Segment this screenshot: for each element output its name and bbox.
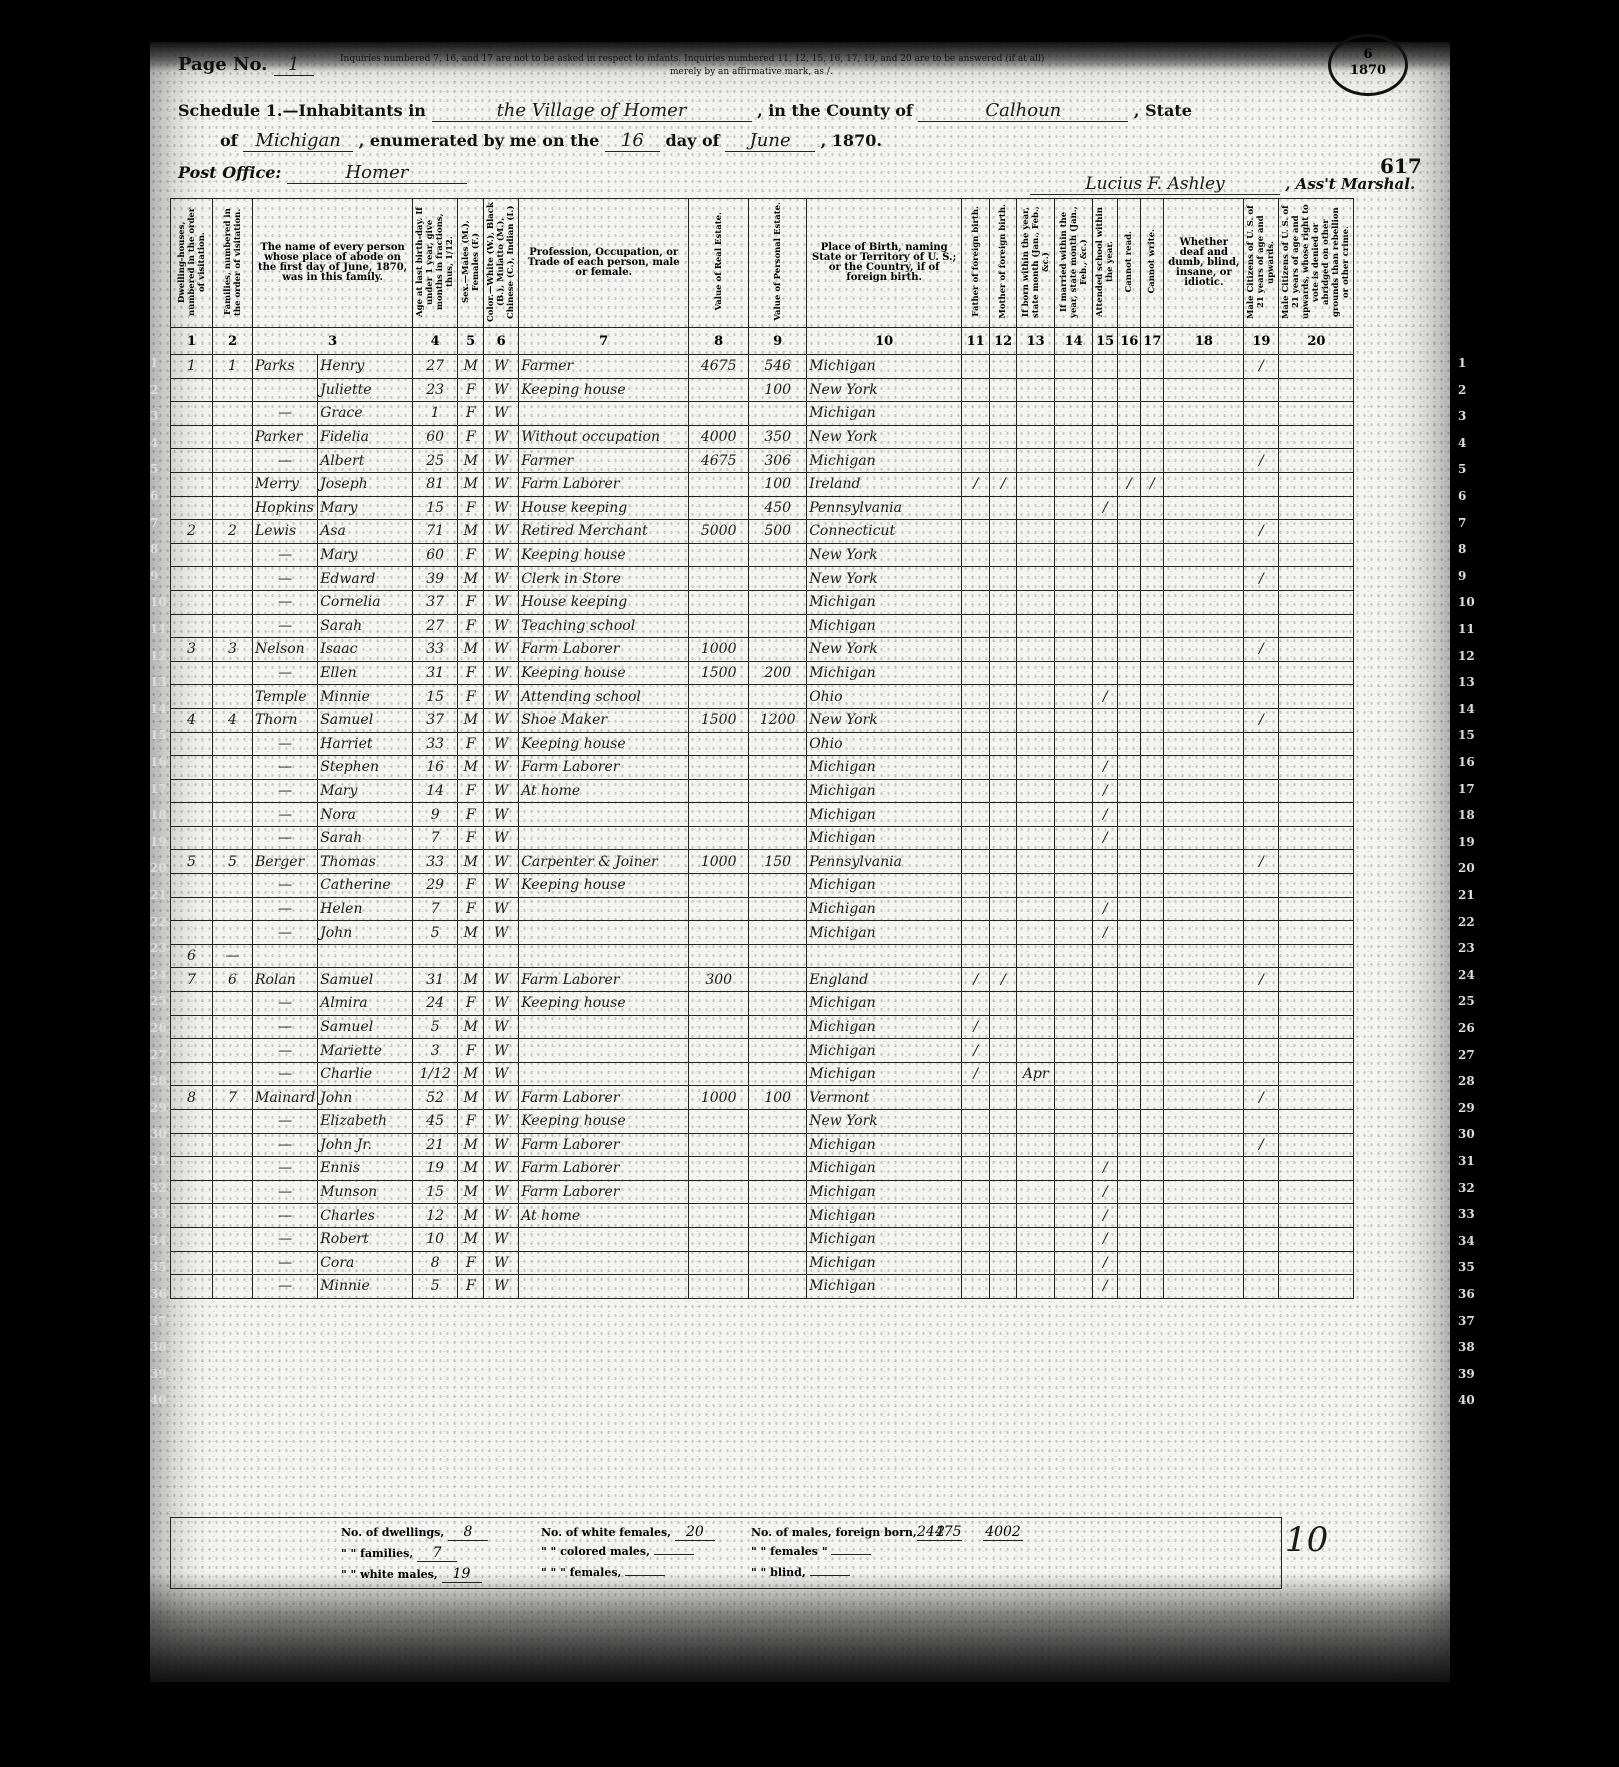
cell-surname: — xyxy=(253,1015,318,1039)
cell-c14 xyxy=(1055,1015,1093,1039)
cell-c13 xyxy=(1017,685,1055,709)
cell-c15: / xyxy=(1093,921,1118,945)
cell-surname: — xyxy=(253,1180,318,1204)
cell-c19: / xyxy=(1244,968,1279,992)
cell-real-estate xyxy=(689,874,749,898)
cell-c14 xyxy=(1055,520,1093,544)
cell-c14 xyxy=(1055,496,1093,520)
cell-real-estate: 4675 xyxy=(689,449,749,473)
line-number-right: 11 xyxy=(1458,622,1475,636)
cell-c20 xyxy=(1279,921,1354,945)
line-number-left: 26 xyxy=(150,1021,167,1035)
cell-color: W xyxy=(484,1157,519,1181)
cell-color: W xyxy=(484,874,519,898)
line-number-right: 34 xyxy=(1458,1234,1475,1248)
cell-occupation: Farm Laborer xyxy=(519,1086,689,1110)
cell-personal-estate: 546 xyxy=(749,355,807,379)
cell-c17 xyxy=(1141,944,1164,968)
cell-given: Thomas xyxy=(318,850,413,874)
cell-sex: F xyxy=(458,402,484,426)
line-number-left: 25 xyxy=(150,994,167,1008)
cell-c20 xyxy=(1279,402,1354,426)
cell-given: Elizabeth xyxy=(318,1110,413,1134)
col-19-header: Male Citizens of U. S. of 21 years of ag… xyxy=(1244,199,1279,328)
cell-c19 xyxy=(1244,661,1279,685)
cell-c14 xyxy=(1055,1062,1093,1086)
cell-personal-estate: 350 xyxy=(749,425,807,449)
cell-c14 xyxy=(1055,779,1093,803)
cell-c19 xyxy=(1244,826,1279,850)
cell-c11 xyxy=(962,803,990,827)
cell-c12 xyxy=(990,756,1017,780)
cell-birthplace: Michigan xyxy=(807,1204,962,1228)
cell-dwelling xyxy=(171,1062,213,1086)
cell-c11 xyxy=(962,1275,990,1299)
cell-dwelling xyxy=(171,590,213,614)
cell-dwelling xyxy=(171,1204,213,1228)
cell-personal-estate xyxy=(749,1180,807,1204)
cell-color: W xyxy=(484,992,519,1016)
cell-personal-estate xyxy=(749,685,807,709)
line-number-right: 39 xyxy=(1458,1367,1475,1381)
column-number-row: 1 2 3 4 5 6 7 8 9 10 11 12 13 14 15 16 1… xyxy=(171,328,1354,355)
cell-occupation xyxy=(519,1039,689,1063)
cell-age: 37 xyxy=(413,590,458,614)
line-number-left: 15 xyxy=(150,728,167,742)
cell-c18 xyxy=(1164,590,1244,614)
census-row: Juliette23FWKeeping house100New York xyxy=(171,378,1354,402)
line-number-left: 27 xyxy=(150,1048,167,1062)
cell-family xyxy=(213,897,253,921)
cell-given: Henry xyxy=(318,355,413,379)
col-14-header: If married within the year, state month … xyxy=(1055,199,1093,328)
cell-occupation: Keeping house xyxy=(519,543,689,567)
cell-birthplace: Michigan xyxy=(807,1062,962,1086)
cell-personal-estate: 150 xyxy=(749,850,807,874)
cell-c11: / xyxy=(962,968,990,992)
cell-c15: / xyxy=(1093,1227,1118,1251)
cell-given: John xyxy=(318,921,413,945)
cell-real-estate: 1000 xyxy=(689,638,749,662)
col-13-header: If born within the year, state month (Ja… xyxy=(1017,199,1055,328)
cell-c19 xyxy=(1244,378,1279,402)
cell-c14 xyxy=(1055,638,1093,662)
cell-birthplace: New York xyxy=(807,378,962,402)
cell-family: 3 xyxy=(213,638,253,662)
census-row: 76RolanSamuel31MWFarm Laborer300England/… xyxy=(171,968,1354,992)
post-office-field: Homer xyxy=(287,162,467,184)
cell-c12: / xyxy=(990,968,1017,992)
cell-given: Albert xyxy=(318,449,413,473)
cell-dwelling xyxy=(171,1110,213,1134)
cell-c17 xyxy=(1141,992,1164,1016)
cell-c15 xyxy=(1093,968,1118,992)
cell-occupation: House keeping xyxy=(519,590,689,614)
cell-occupation: Farm Laborer xyxy=(519,968,689,992)
cell-given xyxy=(318,944,413,968)
cell-real-estate xyxy=(689,897,749,921)
col-3-header: The name of every person whose place of … xyxy=(253,199,413,328)
cell-c18 xyxy=(1164,1204,1244,1228)
cell-real-estate xyxy=(689,1251,749,1275)
line-number-right: 24 xyxy=(1458,968,1475,982)
cell-occupation: Farm Laborer xyxy=(519,1157,689,1181)
cell-surname: Thorn xyxy=(253,708,318,732)
cell-c17 xyxy=(1141,756,1164,780)
cell-family xyxy=(213,756,253,780)
cell-surname: Mainard xyxy=(253,1086,318,1110)
cell-c14 xyxy=(1055,590,1093,614)
cell-surname: — xyxy=(253,1110,318,1134)
cell-sex: F xyxy=(458,874,484,898)
cell-c18 xyxy=(1164,897,1244,921)
cell-c13 xyxy=(1017,590,1055,614)
cell-c14 xyxy=(1055,992,1093,1016)
cell-c20 xyxy=(1279,1039,1354,1063)
cell-c11 xyxy=(962,590,990,614)
cell-c19: / xyxy=(1244,850,1279,874)
cell-birthplace: Michigan xyxy=(807,614,962,638)
cell-c13 xyxy=(1017,449,1055,473)
line-number-left: 7 xyxy=(150,516,158,530)
line-number-right: 16 xyxy=(1458,755,1475,769)
cell-family: 7 xyxy=(213,1086,253,1110)
cell-age: 15 xyxy=(413,1180,458,1204)
cell-birthplace: Michigan xyxy=(807,1227,962,1251)
cell-personal-estate: 200 xyxy=(749,661,807,685)
cell-c12 xyxy=(990,661,1017,685)
cell-c15 xyxy=(1093,425,1118,449)
cell-family xyxy=(213,496,253,520)
line-number-right: 23 xyxy=(1458,941,1475,955)
line-number-left: 32 xyxy=(150,1181,167,1195)
cell-real-estate: 4675 xyxy=(689,355,749,379)
cell-age: 33 xyxy=(413,732,458,756)
cell-c14 xyxy=(1055,1251,1093,1275)
cell-occupation xyxy=(519,1251,689,1275)
cell-color: W xyxy=(484,685,519,709)
cell-family xyxy=(213,1157,253,1181)
cell-personal-estate xyxy=(749,567,807,591)
census-row: —Charles12MWAt homeMichigan/ xyxy=(171,1204,1354,1228)
cell-dwelling xyxy=(171,803,213,827)
cell-occupation xyxy=(519,897,689,921)
cell-surname: — xyxy=(253,1275,318,1299)
cell-age: 16 xyxy=(413,756,458,780)
cell-surname: — xyxy=(253,874,318,898)
summary-real-estate-total: 24475 xyxy=(917,1524,962,1541)
cell-birthplace: Michigan xyxy=(807,897,962,921)
cell-c13: Apr xyxy=(1017,1062,1055,1086)
cell-color: W xyxy=(484,1275,519,1299)
cell-surname xyxy=(253,944,318,968)
cell-c19: / xyxy=(1244,567,1279,591)
cell-c14 xyxy=(1055,803,1093,827)
page-number: Page No. 1 xyxy=(178,54,314,76)
cell-c18 xyxy=(1164,425,1244,449)
census-row: —Stephen16MWFarm LaborerMichigan/ xyxy=(171,756,1354,780)
cell-c20 xyxy=(1279,968,1354,992)
cell-c11 xyxy=(962,1180,990,1204)
cell-c13 xyxy=(1017,496,1055,520)
cell-c18 xyxy=(1164,921,1244,945)
cell-c12 xyxy=(990,1110,1017,1134)
census-row: —Samuel5MWMichigan/ xyxy=(171,1015,1354,1039)
cell-c18 xyxy=(1164,1015,1244,1039)
cell-c20 xyxy=(1279,1110,1354,1134)
cell-given: Edward xyxy=(318,567,413,591)
cell-real-estate xyxy=(689,1275,749,1299)
cell-dwelling xyxy=(171,1039,213,1063)
cell-color: W xyxy=(484,897,519,921)
cell-occupation: Farm Laborer xyxy=(519,756,689,780)
cell-surname: — xyxy=(253,402,318,426)
cell-real-estate xyxy=(689,732,749,756)
cell-age: 52 xyxy=(413,1086,458,1110)
line-number-right: 29 xyxy=(1458,1101,1475,1115)
line-number-right: 27 xyxy=(1458,1048,1475,1062)
col-15-header: Attended school within the year. xyxy=(1093,199,1118,328)
cell-c19: / xyxy=(1244,1133,1279,1157)
cell-personal-estate xyxy=(749,874,807,898)
cell-sex: F xyxy=(458,685,484,709)
cell-occupation: House keeping xyxy=(519,496,689,520)
cell-c15 xyxy=(1093,874,1118,898)
cell-c16 xyxy=(1118,826,1141,850)
census-row: —Cora8FWMichigan/ xyxy=(171,1251,1354,1275)
cell-sex: F xyxy=(458,826,484,850)
cell-c13 xyxy=(1017,402,1055,426)
cell-age: 71 xyxy=(413,520,458,544)
cell-family xyxy=(213,685,253,709)
line-number-right: 22 xyxy=(1458,915,1475,929)
line-number-left: 37 xyxy=(150,1314,167,1328)
cell-real-estate xyxy=(689,992,749,1016)
cell-family xyxy=(213,614,253,638)
cell-age: 19 xyxy=(413,1157,458,1181)
cell-dwelling xyxy=(171,1133,213,1157)
cell-given: Samuel xyxy=(318,1015,413,1039)
cell-occupation: Keeping house xyxy=(519,661,689,685)
cell-age: 45 xyxy=(413,1110,458,1134)
cell-c18 xyxy=(1164,472,1244,496)
cell-personal-estate xyxy=(749,402,807,426)
cell-c18 xyxy=(1164,638,1244,662)
line-number-right: 13 xyxy=(1458,675,1475,689)
cell-c11: / xyxy=(962,1062,990,1086)
cell-occupation xyxy=(519,921,689,945)
census-row: —Charlie1/12MWMichigan/Apr xyxy=(171,1062,1354,1086)
cell-c12 xyxy=(990,779,1017,803)
cell-c19 xyxy=(1244,897,1279,921)
cell-family xyxy=(213,402,253,426)
cell-age: 27 xyxy=(413,355,458,379)
cell-birthplace: Michigan xyxy=(807,1157,962,1181)
cell-c12 xyxy=(990,732,1017,756)
cell-age: 23 xyxy=(413,378,458,402)
cell-c14 xyxy=(1055,402,1093,426)
cell-c11 xyxy=(962,826,990,850)
col-11-header: Father of foreign birth. xyxy=(962,199,990,328)
cell-surname: — xyxy=(253,826,318,850)
cell-c12 xyxy=(990,520,1017,544)
cell-c13 xyxy=(1017,708,1055,732)
census-row: 33NelsonIsaac33MWFarm Laborer1000New Yor… xyxy=(171,638,1354,662)
cell-c13 xyxy=(1017,520,1055,544)
cell-c11 xyxy=(962,543,990,567)
line-number-right: 36 xyxy=(1458,1287,1475,1301)
cell-surname: Parks xyxy=(253,355,318,379)
cell-occupation: Attending school xyxy=(519,685,689,709)
census-row: —Grace1FWMichigan xyxy=(171,402,1354,426)
cell-dwelling xyxy=(171,567,213,591)
cell-sex: F xyxy=(458,378,484,402)
cell-birthplace: Connecticut xyxy=(807,520,962,544)
cell-c12 xyxy=(990,1133,1017,1157)
cell-c11 xyxy=(962,1086,990,1110)
cell-c15: / xyxy=(1093,897,1118,921)
cell-c13 xyxy=(1017,567,1055,591)
cell-c15 xyxy=(1093,638,1118,662)
cell-c12 xyxy=(990,850,1017,874)
cell-sex: F xyxy=(458,732,484,756)
cell-sex: F xyxy=(458,425,484,449)
cell-given: Charles xyxy=(318,1204,413,1228)
cell-sex: M xyxy=(458,1204,484,1228)
cell-dwelling xyxy=(171,779,213,803)
cell-sex: M xyxy=(458,850,484,874)
cell-c16 xyxy=(1118,661,1141,685)
cell-sex: F xyxy=(458,1039,484,1063)
cell-c11 xyxy=(962,638,990,662)
cell-given: Ellen xyxy=(318,661,413,685)
cell-dwelling xyxy=(171,402,213,426)
cell-c17 xyxy=(1141,449,1164,473)
cell-dwelling xyxy=(171,543,213,567)
cell-c18 xyxy=(1164,1251,1244,1275)
cell-sex: M xyxy=(458,355,484,379)
cell-c17 xyxy=(1141,1275,1164,1299)
cell-c15: / xyxy=(1093,756,1118,780)
census-row: —Cornelia37FWHouse keepingMichigan xyxy=(171,590,1354,614)
cell-c15 xyxy=(1093,543,1118,567)
cell-family xyxy=(213,472,253,496)
col-20-header: Male Citizens of U. S. of 21 years of ag… xyxy=(1279,199,1354,328)
cell-personal-estate: 450 xyxy=(749,496,807,520)
cell-family xyxy=(213,874,253,898)
cell-c19 xyxy=(1244,1157,1279,1181)
line-number-right: 6 xyxy=(1458,489,1466,503)
cell-given: Mary xyxy=(318,496,413,520)
cell-c17 xyxy=(1141,1015,1164,1039)
cell-c18 xyxy=(1164,661,1244,685)
cell-c20 xyxy=(1279,992,1354,1016)
cell-c17 xyxy=(1141,355,1164,379)
cell-color: W xyxy=(484,567,519,591)
cell-c20 xyxy=(1279,1204,1354,1228)
cell-c14 xyxy=(1055,850,1093,874)
cell-birthplace: Michigan xyxy=(807,1251,962,1275)
census-stamp: 6 1870 xyxy=(1328,34,1408,96)
cell-real-estate xyxy=(689,1015,749,1039)
cell-c18 xyxy=(1164,402,1244,426)
cell-color: W xyxy=(484,661,519,685)
census-row: 87MainardJohn52MWFarm Laborer1000100Verm… xyxy=(171,1086,1354,1110)
line-number-right: 14 xyxy=(1458,702,1475,716)
cell-surname: — xyxy=(253,1157,318,1181)
cell-c13 xyxy=(1017,803,1055,827)
cell-dwelling: 4 xyxy=(171,708,213,732)
cell-c16 xyxy=(1118,968,1141,992)
cell-surname: Lewis xyxy=(253,520,318,544)
cell-age: 81 xyxy=(413,472,458,496)
cell-c20 xyxy=(1279,708,1354,732)
line-number-left: 18 xyxy=(150,808,167,822)
census-page: 6 1870 Page No. 1 Inquiries numbered 7, … xyxy=(150,42,1450,1682)
cell-c17 xyxy=(1141,874,1164,898)
line-number-right: 12 xyxy=(1458,649,1475,663)
marshal-line: Lucius F. Ashley , Ass't Marshal. xyxy=(1030,174,1415,195)
cell-family xyxy=(213,567,253,591)
cell-birthplace: Michigan xyxy=(807,661,962,685)
cell-personal-estate xyxy=(749,756,807,780)
cell-dwelling xyxy=(171,1227,213,1251)
cell-family xyxy=(213,543,253,567)
cell-c18 xyxy=(1164,1275,1244,1299)
cell-personal-estate xyxy=(749,1015,807,1039)
cell-c11 xyxy=(962,378,990,402)
cell-c16 xyxy=(1118,520,1141,544)
cell-c12 xyxy=(990,567,1017,591)
cell-c20 xyxy=(1279,590,1354,614)
cell-surname: — xyxy=(253,897,318,921)
cell-given: Ennis xyxy=(318,1157,413,1181)
cell-sex: F xyxy=(458,1110,484,1134)
cell-real-estate: 1000 xyxy=(689,850,749,874)
cell-c13 xyxy=(1017,921,1055,945)
cell-c14 xyxy=(1055,378,1093,402)
line-number-right: 26 xyxy=(1458,1021,1475,1035)
cell-personal-estate xyxy=(749,1227,807,1251)
line-number-left: 30 xyxy=(150,1127,167,1141)
cell-c19 xyxy=(1244,1039,1279,1063)
cell-age xyxy=(413,944,458,968)
cell-personal-estate xyxy=(749,803,807,827)
cell-c19 xyxy=(1244,472,1279,496)
cell-c17 xyxy=(1141,543,1164,567)
cell-sex: M xyxy=(458,968,484,992)
cell-c20 xyxy=(1279,355,1354,379)
cell-c20 xyxy=(1279,1157,1354,1181)
cell-c16 xyxy=(1118,496,1141,520)
cell-occupation: Keeping house xyxy=(519,992,689,1016)
cell-c17 xyxy=(1141,732,1164,756)
census-row: —Catherine29FWKeeping houseMichigan xyxy=(171,874,1354,898)
cell-c17 xyxy=(1141,520,1164,544)
cell-c20 xyxy=(1279,425,1354,449)
cell-c13 xyxy=(1017,1086,1055,1110)
col-6-header: Color.—White (W.), Black (B.), Mulatto (… xyxy=(484,199,519,328)
line-number-right: 31 xyxy=(1458,1154,1475,1168)
cell-dwelling xyxy=(171,921,213,945)
cell-age: 60 xyxy=(413,543,458,567)
line-number-left: 29 xyxy=(150,1101,167,1115)
cell-birthplace: Michigan xyxy=(807,449,962,473)
cell-c13 xyxy=(1017,944,1055,968)
cell-family xyxy=(213,378,253,402)
cell-c19: / xyxy=(1244,449,1279,473)
cell-real-estate xyxy=(689,1062,749,1086)
